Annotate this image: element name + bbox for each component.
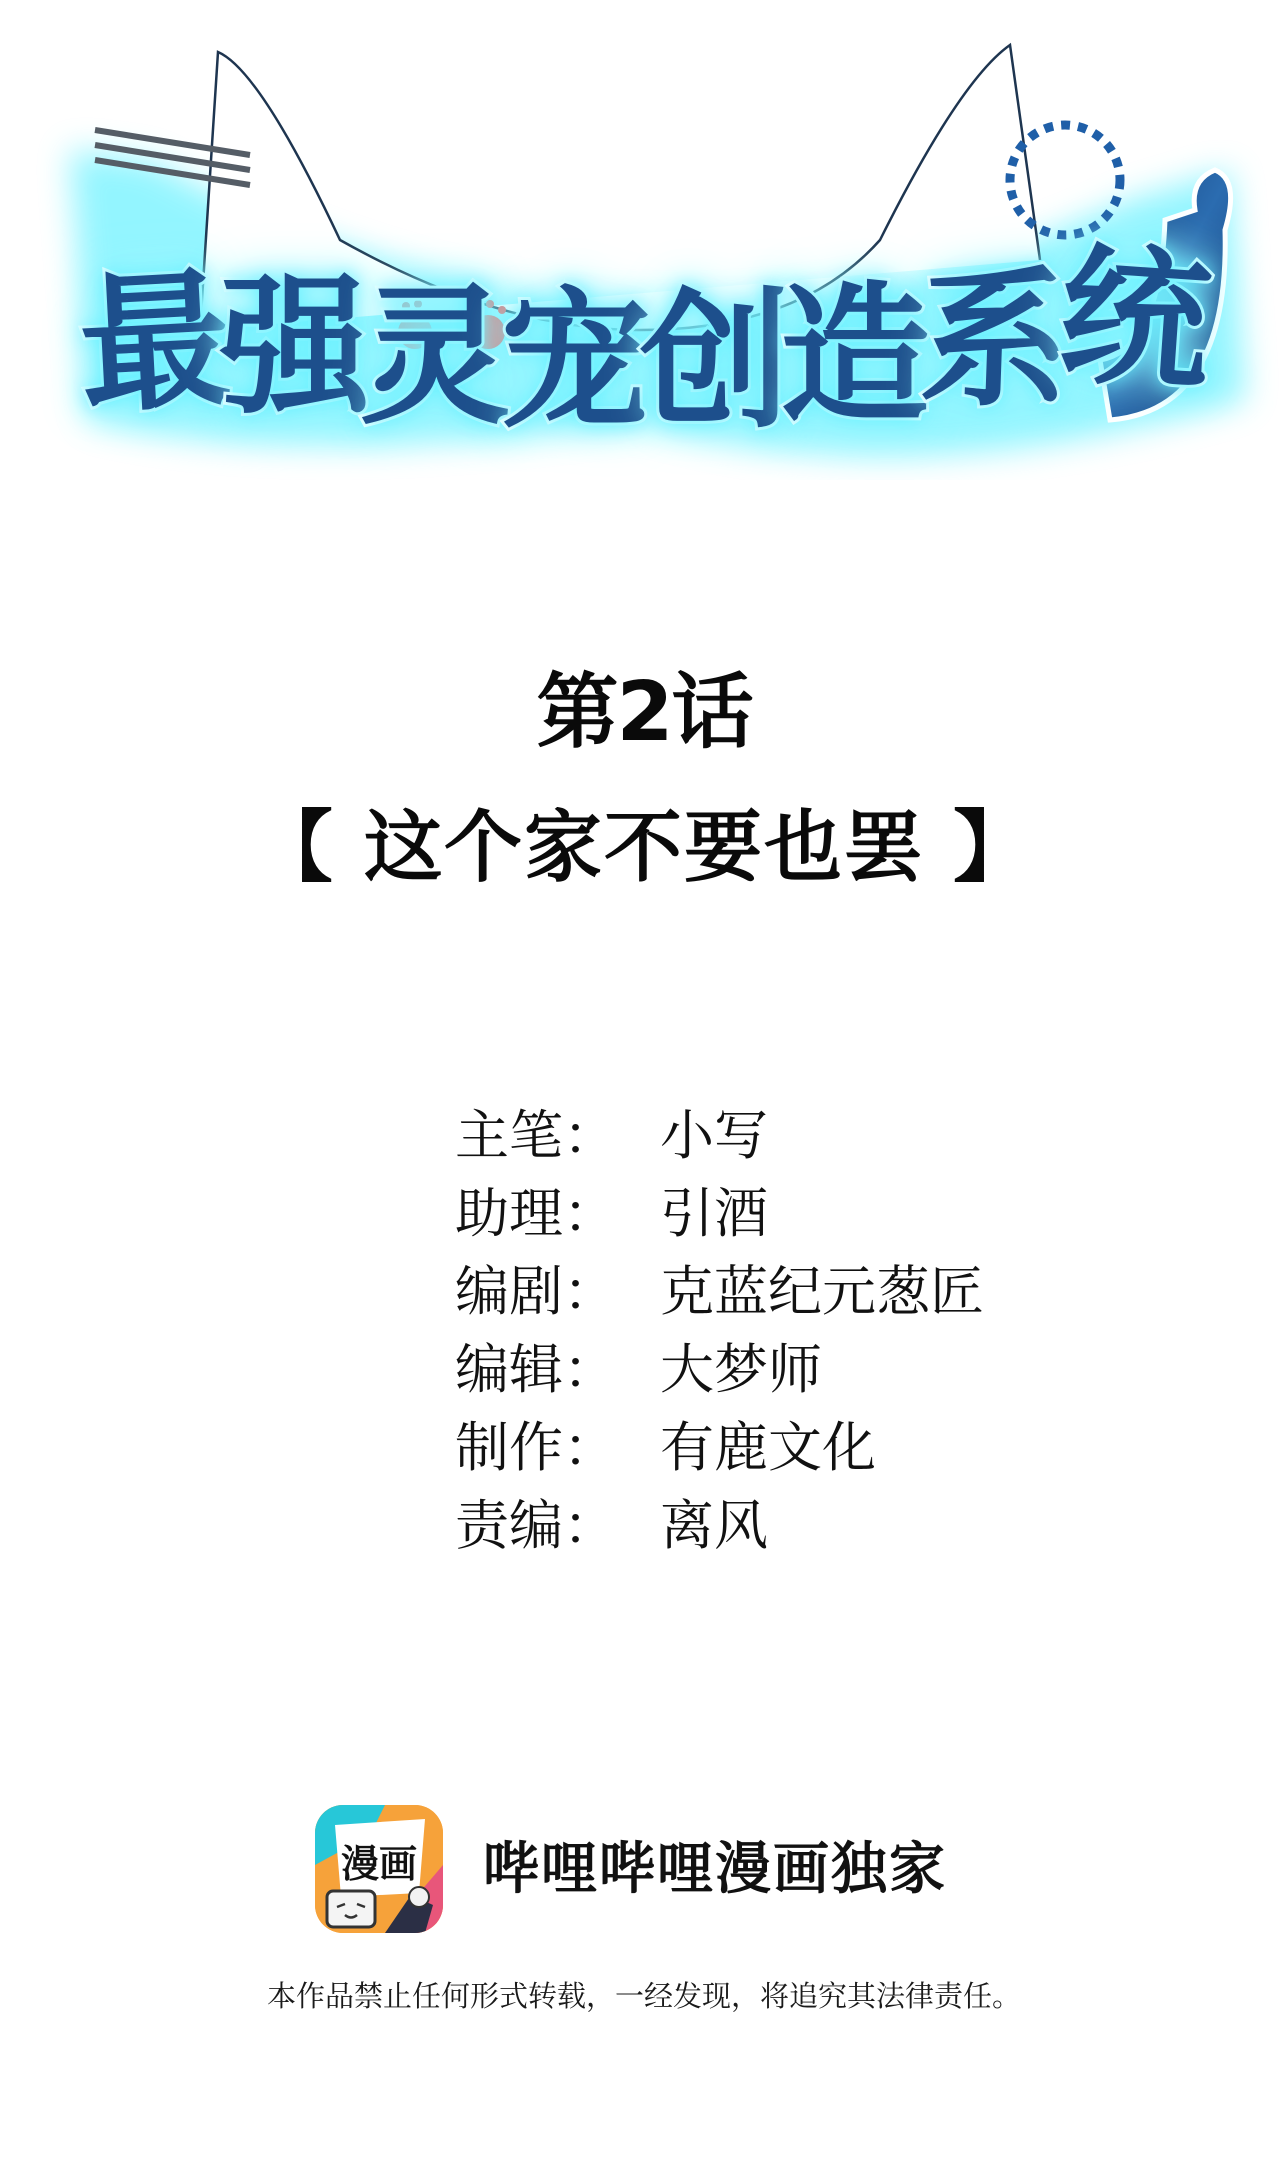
credit-name: 大梦师 <box>660 1340 822 1400</box>
credit-name: 引酒 <box>660 1184 768 1244</box>
credit-row: 助理： 引酒 <box>455 1175 984 1253</box>
credit-name: 离风 <box>660 1496 768 1556</box>
credit-role: 编剧： <box>455 1262 660 1322</box>
credit-role: 制作： <box>455 1418 660 1478</box>
credit-role: 助理： <box>455 1184 660 1244</box>
series-logo: 最 强 灵 宠 创 造 系 统 <box>0 0 1288 480</box>
credit-row: 编剧： 克蓝纪元葱匠 <box>455 1253 984 1331</box>
series-title: 最 强 灵 宠 创 造 系 统 <box>80 185 1180 425</box>
title-char: 造 <box>780 281 920 431</box>
chapter-title: 【 这个家不要也罢 】 <box>0 800 1288 896</box>
copyright-disclaimer: 本作品禁止任何形式转载，一经发现，将追究其法律责任。 <box>0 1978 1288 2014</box>
credit-row: 责编： 离风 <box>455 1487 984 1565</box>
credit-row: 编辑： 大梦师 <box>455 1331 984 1409</box>
title-char: 强 <box>220 273 360 423</box>
publisher-badge: 漫画 哔哩哔哩漫画独家 <box>315 1805 947 1933</box>
publisher-exclusive-label: 哔哩哔哩漫画独家 <box>483 1837 947 1901</box>
credit-role: 责编： <box>455 1496 660 1556</box>
title-char: 灵 <box>360 283 500 433</box>
chapter-number: 第2话 <box>0 668 1288 758</box>
title-char: 宠 <box>500 287 640 437</box>
title-char: 创 <box>640 287 780 437</box>
title-char: 统 <box>1055 240 1205 399</box>
credits-list: 主笔： 小写 助理： 引酒 编剧： 克蓝纪元葱匠 编辑： 大梦师 制作： 有鹿文… <box>455 1097 984 1565</box>
title-char: 最 <box>76 265 224 422</box>
credit-row: 制作： 有鹿文化 <box>455 1409 984 1487</box>
credit-name: 克蓝纪元葱匠 <box>660 1262 984 1322</box>
credit-name: 有鹿文化 <box>660 1418 876 1478</box>
credit-name: 小写 <box>660 1106 768 1166</box>
credit-role: 编辑： <box>455 1340 660 1400</box>
credit-role: 主笔： <box>455 1106 660 1166</box>
title-char: 系 <box>918 263 1063 418</box>
bilibili-comics-app-icon: 漫画 <box>315 1805 443 1933</box>
credit-row: 主笔： 小写 <box>455 1097 984 1175</box>
svg-text:漫画: 漫画 <box>341 1841 417 1886</box>
